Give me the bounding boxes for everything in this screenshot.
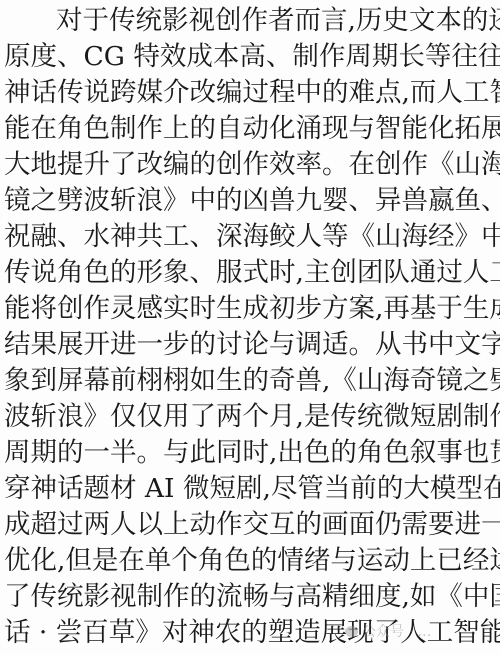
text-line: 成超过两人以上动作交互的画面仍需要进一步	[4, 505, 496, 545]
text-line: 周期的一半。与此同时,出色的角色叙事也贯	[4, 433, 496, 473]
text-line: 镜之劈波斩浪》中的凶兽九婴、异兽嬴鱼、火神	[4, 181, 496, 221]
text-line: 波斩浪》仅仅用了两个月,是传统微短剧制作	[4, 397, 496, 437]
text-line: 穿神话题材 AI 微短剧,尽管当前的大模型在生	[4, 469, 496, 509]
text-line: 了传统影视制作的流畅与高精细度,如《中国神	[4, 577, 496, 617]
text-line: 象到屏幕前栩栩如生的奇兽,《山海奇镜之劈	[4, 361, 496, 401]
text-line: 能将创作灵感实时生成初步方案,再基于生成	[4, 289, 496, 329]
document-page: 对于传统影视创作者而言,历史文本的还 原度、CG 特效成本高、制作周期长等往往成…	[0, 0, 500, 655]
text-line: 优化,但是在单个角色的情绪与运动上已经达到	[4, 541, 496, 581]
text-line: 祝融、水神共工、深海鲛人等《山海经》中经典	[4, 217, 496, 257]
text-line: 对于传统影视创作者而言,历史文本的还	[56, 1, 496, 41]
text-line: 大地提升了改编的创作效率。在创作《山海奇	[4, 145, 496, 185]
text-line: 原度、CG 特效成本高、制作周期长等往往成为	[4, 37, 496, 77]
text-line: 能在角色制作上的自动化涌现与智能化拓展极	[4, 109, 496, 149]
text-line: 话 · 尝百草》对神农的塑造展现了人工智能的	[4, 613, 496, 653]
text-line: 传说角色的形象、服式时,主创团队通过人工智	[4, 253, 496, 293]
text-line: 神话传说跨媒介改编过程中的难点,而人工智	[4, 73, 496, 113]
text-line: 结果展开进一步的讨论与调适。从书中文字想	[4, 325, 496, 365]
